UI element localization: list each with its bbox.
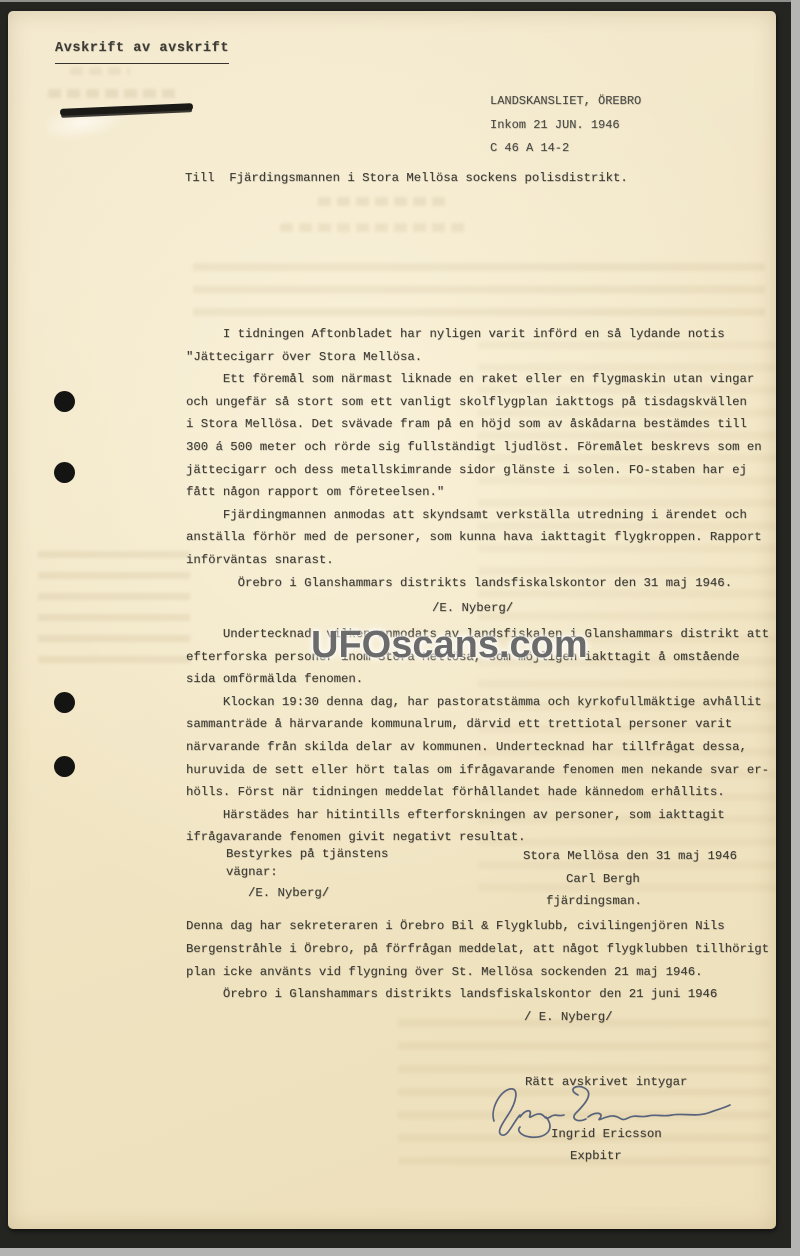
bleed-through-text <box>280 223 470 232</box>
scan-edge-top <box>0 0 800 2</box>
bleed-through-text <box>38 551 190 667</box>
punch-hole <box>54 391 75 412</box>
stamp-office-line: LANDSKANSLIET, ÖREBRO <box>490 94 641 108</box>
punch-hole <box>54 462 75 483</box>
attestation-name: Carl Bergh <box>566 868 640 891</box>
letter3-body-text: Denna dag har sekreteraren i Örebro Bil … <box>186 915 769 1006</box>
registry-stamp: LANDSKANSLIET, ÖREBRO Inkom 21 JUN. 1946… <box>490 90 641 161</box>
certifier-title: Expbitr <box>570 1145 622 1168</box>
scan-edge-right <box>791 0 800 1256</box>
punch-hole <box>54 756 75 777</box>
document-page: Avskrift av avskrift LANDSKANSLIET, ÖREB… <box>8 11 776 1229</box>
bleed-through-text <box>48 89 180 98</box>
bleed-through-text <box>318 197 448 206</box>
letter3-signature: / E. Nyberg/ <box>524 1006 613 1029</box>
letter1-body-text: I tidningen Aftonbladet har nyligen vari… <box>186 323 762 594</box>
recipient-address-line: Till Fjärdingsmannen i Stora Mellösa soc… <box>185 167 628 190</box>
bleed-through-text <box>193 263 765 325</box>
copy-annotation-label: Avskrift av avskrift <box>55 38 229 64</box>
stamp-file-number: C 46 A 14-2 <box>490 141 569 155</box>
attestation-title: fjärdingsman. <box>546 890 642 913</box>
stamp-received-date: Inkom 21 JUN. 1946 <box>490 118 620 132</box>
certifier-typed-name: Ingrid Ericsson <box>551 1123 662 1146</box>
attestation-signature: /E. Nyberg/ <box>248 882 329 905</box>
attestation-place-date: Stora Mellösa den 31 maj 1946 <box>523 845 737 868</box>
attestation-certify-text: Bestyrkes på tjänstens vägnar: <box>226 845 388 881</box>
scanner-background: Avskrift av avskrift LANDSKANSLIET, ÖREB… <box>0 0 800 1256</box>
bleed-through-text <box>70 67 130 75</box>
letter1-signature: /E. Nyberg/ <box>432 597 513 620</box>
pen-stroke-mark <box>60 103 193 116</box>
scan-edge-bottom <box>0 1248 800 1256</box>
watermark-text: UFOscans.com <box>311 624 588 667</box>
punch-hole <box>54 692 75 713</box>
